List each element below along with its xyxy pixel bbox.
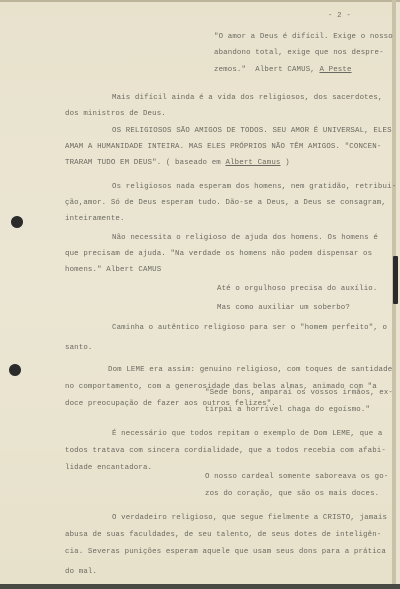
paragraph-11-line-3: cia. Severas punições esperam aquele que… (65, 548, 386, 556)
paragraph-4-line-3: homens." Albert CAMUS (65, 266, 161, 274)
epigraph-line-2: abandono total, exige que nos despre- (214, 49, 384, 57)
epigraph-attribution: zemos." Albert CAMUS, (214, 66, 319, 74)
paragraph-9-line-2: todos tratava com sincera cordialidade, … (65, 447, 386, 455)
paragraph-1-line-2: dos ministros de Deus. (65, 110, 166, 118)
paragraph-11-line-1: O verdadeiro religioso, que segue fielme… (112, 514, 387, 522)
paragraph-10-line-1: O nosso cardeal somente saboreava os go- (205, 473, 388, 481)
paragraph-2-citation-close: ) (281, 159, 290, 167)
epigraph-line-1: "O amor a Deus é difícil. Exige o nosso (214, 33, 393, 41)
paragraph-2-citation-prefix: TRARAM TUDO EM DEUS". ( baseado em (65, 159, 225, 167)
paragraph-4-line-1: Não necessita o religioso de ajuda dos h… (112, 234, 378, 242)
epigraph-source-title: A Peste (319, 66, 351, 74)
paragraph-10-line-2: zos do coração, que são os mais doces. (205, 490, 379, 498)
paragraph-5-line-1: Até o orgulhoso precisa do auxílio. (217, 285, 377, 293)
paragraph-3-line-3: inteiramente. (65, 215, 125, 223)
page-top-edge (0, 0, 400, 2)
paragraph-5-line-2: Mas como auxiliar um soberbo? (217, 304, 350, 312)
paragraph-3-line-2: ção,amor. Só de Deus esperam tudo. Dão-s… (65, 199, 386, 207)
paragraph-8-line-1: "Sede bons, amparai os vossos irmãos, ex… (205, 389, 393, 397)
paragraph-2-line-2: AMAM A HUMANIDADE INTEIRA. MAS ELES PRÓP… (65, 143, 381, 151)
paragraph-3-line-1: Os religiosos nada esperam dos homens, n… (112, 183, 396, 191)
paragraph-2-line-3: TRARAM TUDO EM DEUS". ( baseado em Alber… (65, 159, 290, 167)
paragraph-4-line-2: que precisam de ajuda. "Na verdade os ho… (65, 250, 372, 258)
binder-clip (393, 256, 398, 304)
paragraph-11-line-4: do mal. (65, 568, 97, 576)
punch-hole-bottom (9, 364, 21, 376)
epigraph-line-3: zemos." Albert CAMUS, A Peste (214, 66, 352, 74)
paragraph-11-line-2: abusa de suas faculdades, de seu talento… (65, 531, 381, 539)
paragraph-9-line-1: É necessário que todos repitam o exemplo… (112, 430, 383, 438)
paragraph-8-line-2: tirpai a horrível chaga do egoísmo." (205, 406, 370, 414)
paragraph-6-line-1: Caminha o autêntico religioso para ser o… (112, 324, 387, 332)
page-bottom-edge (0, 584, 400, 589)
page-number: - 2 - (328, 12, 351, 20)
document-page: - 2 - "O amor a Deus é difícil. Exige o … (0, 0, 396, 584)
paragraph-6-line-2: santo. (65, 344, 93, 352)
paragraph-7-line-1: Dom LEME era assim: genuíno religioso, c… (108, 366, 392, 374)
paragraph-2-citation-author: Albert Camus (225, 159, 280, 167)
punch-hole-top (11, 216, 23, 228)
paragraph-9-line-3: lidade encantadora. (65, 464, 152, 472)
paragraph-2-line-1: OS RELIGIOSOS SÃO AMIGOS DE TODOS. SEU A… (112, 127, 392, 135)
paragraph-1-line-1: Mais difícil ainda é a vida dos religios… (112, 94, 383, 102)
